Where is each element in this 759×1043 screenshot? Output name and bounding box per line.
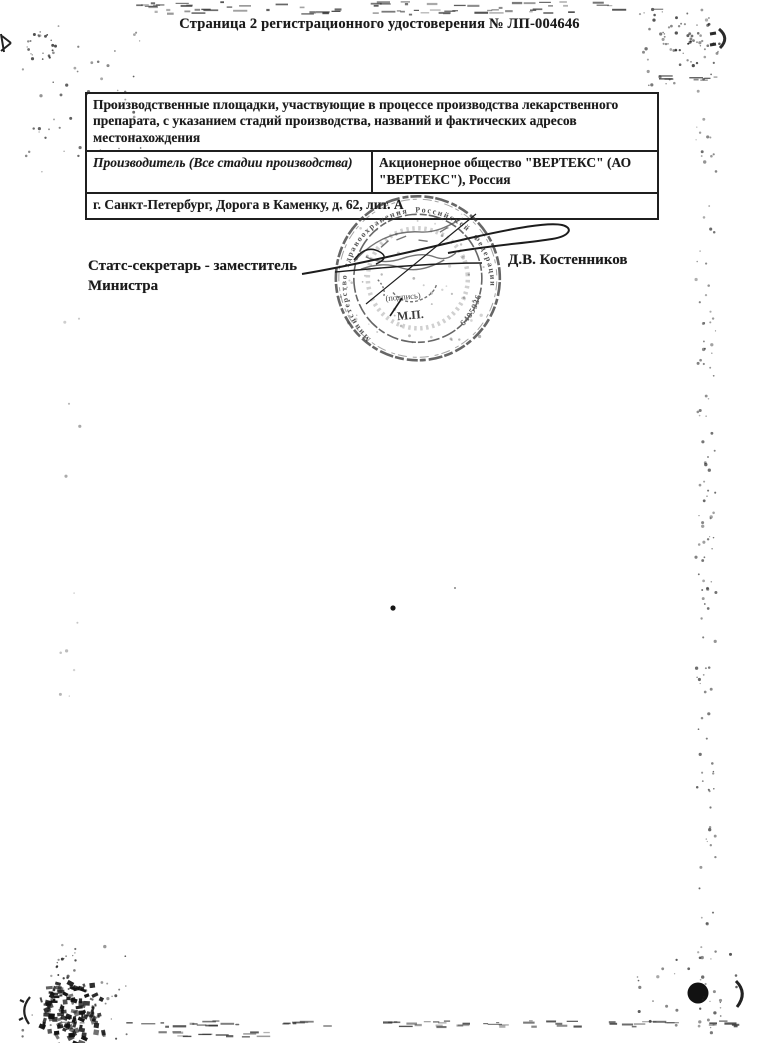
scan-speckle	[706, 922, 709, 925]
scan-speckle	[712, 772, 714, 774]
scan-speckle	[380, 3, 391, 4]
scan-speckle	[612, 9, 626, 11]
scan-speckle	[82, 983, 85, 987]
scan-speckle	[703, 160, 706, 163]
scan-speckle	[688, 43, 690, 45]
manufacturer-label-cell: Производитель (Все стадии производства)	[86, 151, 372, 193]
scan-speckle	[84, 993, 90, 998]
scan-speckle	[373, 12, 379, 14]
scan-speckle	[696, 126, 697, 127]
scan-speckle	[167, 13, 174, 15]
scan-speckle	[71, 1009, 77, 1014]
scan-speckle	[48, 128, 50, 130]
scan-speckle	[505, 10, 513, 12]
scan-speckle	[173, 1025, 187, 1027]
scan-speckle	[68, 988, 70, 990]
scan-speckle	[529, 11, 533, 12]
scan-speckle	[40, 997, 43, 1002]
scan-speckle	[73, 1016, 76, 1021]
scan-speckle	[63, 977, 65, 979]
scan-speckle	[294, 1022, 308, 1023]
scan-speckle	[436, 1026, 446, 1028]
scan-speckle	[701, 956, 704, 959]
scan-speckle	[71, 997, 76, 1001]
scan-speckle	[50, 40, 52, 42]
scan-speckle	[707, 841, 708, 842]
scan-speckle	[52, 986, 56, 992]
scan-speckle	[322, 12, 329, 14]
scan-speckle	[53, 996, 59, 999]
scan-speckle	[713, 62, 715, 64]
scan-speckle	[226, 1035, 233, 1037]
scan-speckle	[696, 677, 697, 678]
scan-speckle	[72, 955, 73, 956]
scan-speckle	[198, 1034, 211, 1035]
scan-speckle	[659, 75, 673, 77]
scan-speckle	[79, 1010, 86, 1016]
scan-speckle	[718, 43, 721, 46]
scan-speckle	[662, 11, 663, 12]
scan-speckle	[675, 959, 677, 961]
scan-speckle	[161, 1022, 165, 1024]
scan-speckle	[663, 43, 665, 45]
scan-speckle	[714, 856, 716, 858]
scan-speckle	[190, 1023, 195, 1025]
scan-speckle	[709, 1001, 710, 1002]
scan-speckle	[699, 484, 702, 487]
scan-speckle	[74, 948, 76, 950]
scan-speckle	[69, 117, 72, 120]
scan-speckle	[704, 691, 707, 694]
scan-speckle	[735, 986, 738, 989]
scan-speckle	[61, 1007, 65, 1012]
scan-speckle	[701, 589, 703, 591]
scan-speckle	[705, 395, 708, 398]
scan-speckle	[76, 622, 78, 624]
scan-speckle	[70, 998, 77, 1004]
scan-speckle	[433, 1021, 439, 1022]
scan-speckle	[648, 84, 650, 86]
scan-speckle	[691, 35, 694, 38]
scan-speckle	[62, 991, 68, 996]
scan-speckle	[81, 1035, 88, 1041]
scan-speckle	[401, 1, 410, 2]
scan-speckle	[702, 78, 705, 81]
scan-speckle	[700, 946, 702, 948]
scan-speckle	[701, 440, 704, 443]
scan-speckle	[667, 1022, 675, 1023]
scan-speckle	[63, 321, 66, 324]
scan-speckle	[78, 1017, 85, 1023]
scan-speckle	[382, 11, 396, 13]
scan-speckle	[652, 1000, 654, 1002]
scan-speckle	[71, 1020, 77, 1024]
scan-speckle	[689, 37, 692, 40]
scan-speckle	[71, 987, 77, 991]
scan-speckle	[293, 1022, 297, 1024]
scan-speckle	[371, 3, 382, 5]
scan-speckle	[439, 12, 451, 14]
scan-speckle	[26, 46, 27, 47]
scan-speckle	[406, 1023, 417, 1025]
scan-speckle	[45, 1000, 53, 1006]
scan-speckle	[567, 1021, 578, 1022]
scan-speckle	[66, 1021, 71, 1027]
scan-speckle	[707, 284, 710, 287]
scan-speckle	[151, 2, 155, 4]
scan-speckle	[43, 1006, 51, 1013]
scan-speckle	[101, 1030, 106, 1036]
signatory-title: Статс-секретарь - заместитель Министра	[88, 256, 323, 297]
scan-speckle	[57, 1024, 64, 1029]
scan-speckle	[463, 1023, 471, 1025]
scan-speckle	[704, 463, 707, 466]
scan-speckle	[54, 45, 57, 48]
scan-speckle	[492, 9, 499, 11]
scan-speckle	[59, 1005, 64, 1010]
scan-speckle	[405, 3, 408, 5]
scan-speckle	[700, 683, 701, 684]
scan-speckle	[50, 998, 55, 1000]
scan-speckle	[73, 1010, 80, 1017]
scan-speckle	[159, 1031, 167, 1033]
scan-speckle	[117, 90, 119, 92]
scan-speckle	[415, 1024, 422, 1026]
scan-speckle	[91, 992, 98, 998]
scan-speckle	[701, 975, 704, 978]
scan-speckle	[374, 5, 379, 7]
scan-speckle	[710, 515, 713, 518]
scan-speckle	[316, 11, 330, 13]
scan-speckle	[68, 1033, 74, 1038]
scan-speckle	[458, 1025, 470, 1027]
scan-speckle	[644, 47, 647, 50]
scan-speckle	[708, 789, 710, 791]
scan-speckle	[49, 56, 51, 58]
scan-speckle	[568, 11, 575, 13]
scan-speckle	[77, 155, 79, 157]
scan-speckle	[69, 1027, 75, 1033]
scan-speckle	[165, 1026, 169, 1028]
scan-speckle	[712, 42, 714, 44]
scan-speckle	[46, 1000, 53, 1003]
scan-speckle	[282, 1023, 289, 1024]
scan-speckle	[665, 1005, 668, 1008]
scan-speckle	[704, 603, 706, 605]
scan-speckle	[702, 322, 705, 325]
scan-speckle	[394, 1021, 397, 1023]
scan-speckle	[126, 1033, 128, 1035]
scan-speckle	[696, 41, 698, 43]
scan-speckle	[543, 12, 553, 13]
scan-speckle	[139, 40, 140, 41]
scan-speckle	[672, 49, 675, 52]
scan-speckle	[661, 967, 664, 970]
scan-speckle	[166, 9, 170, 11]
scan-speckle	[709, 806, 711, 808]
scan-speckle	[701, 559, 704, 562]
scan-speckle	[43, 1003, 49, 1006]
scan-speckle	[283, 1023, 290, 1025]
scan-speckle	[574, 1026, 582, 1028]
scan-speckle	[94, 1004, 96, 1007]
scan-speckle	[683, 53, 684, 54]
scan-speckle	[609, 1021, 616, 1023]
scan-speckle	[212, 1020, 219, 1022]
scan-speckle	[704, 48, 706, 50]
scan-speckle	[694, 556, 697, 559]
ink-dot-artifact	[454, 587, 456, 589]
scan-speckle	[111, 995, 113, 997]
scan-speckle	[706, 587, 709, 590]
scan-speckle	[650, 83, 653, 86]
scan-speckle	[105, 1003, 107, 1005]
scan-speckle	[54, 1031, 59, 1035]
scan-speckle	[714, 640, 717, 643]
page-header: Страница 2 регистрационного удостоверени…	[0, 16, 759, 33]
scan-speckle	[703, 674, 705, 676]
scan-speckle	[699, 250, 701, 252]
scan-speckle	[713, 375, 715, 377]
scan-speckle	[702, 541, 705, 544]
scan-speckle	[710, 74, 712, 76]
scan-speckle	[155, 11, 158, 13]
scan-speckle	[483, 1023, 488, 1024]
scan-speckle	[201, 9, 210, 10]
scan-speckle	[46, 1003, 52, 1007]
scan-speckle	[649, 1020, 652, 1023]
scan-speckle	[704, 56, 707, 59]
scan-speckle	[30, 40, 32, 42]
scan-speckle	[94, 1023, 100, 1029]
scan-speckle	[69, 1034, 76, 1038]
scan-speckle	[57, 1012, 64, 1016]
scan-speckle	[548, 5, 553, 6]
scan-speckle	[300, 7, 305, 9]
scan-speckle	[610, 1023, 618, 1025]
scan-speckle	[177, 1035, 188, 1036]
scan-speckle	[696, 62, 698, 64]
scan-speckle	[42, 58, 44, 60]
scan-speckle	[184, 11, 190, 13]
scan-speckle	[31, 1014, 33, 1016]
scan-speckle	[707, 1019, 710, 1022]
scan-speckle	[710, 1031, 713, 1034]
scan-speckle	[62, 1027, 67, 1031]
scan-speckle	[38, 127, 41, 130]
scan-speckle	[709, 137, 711, 139]
scan-speckle	[30, 53, 31, 54]
scan-speckle	[499, 1024, 509, 1025]
scan-speckle	[427, 3, 438, 5]
scan-speckle	[81, 1014, 83, 1018]
scan-speckle	[706, 495, 708, 497]
scan-speckle	[100, 77, 103, 80]
scan-speckle	[699, 131, 701, 133]
scan-speckle	[61, 958, 64, 961]
scan-speckle	[106, 64, 109, 67]
scan-speckle	[51, 44, 54, 47]
scan-speckle	[708, 469, 711, 472]
scan-speckle	[443, 13, 450, 14]
scan-speckle	[706, 44, 709, 47]
scan-speckle	[301, 13, 314, 15]
scan-speckle	[68, 994, 73, 998]
scan-speckle	[555, 1023, 562, 1025]
scan-speckle	[55, 986, 61, 990]
scan-speckle	[91, 1005, 94, 1008]
scan-speckle	[42, 53, 43, 54]
scan-speckle	[78, 1028, 85, 1033]
scan-speckle	[735, 974, 738, 977]
scan-speckle	[716, 52, 719, 55]
scan-speckle	[73, 592, 75, 594]
scan-speckle	[714, 591, 717, 594]
scan-speckle	[697, 90, 700, 93]
scan-speckle	[720, 1002, 721, 1003]
scan-speckle	[202, 1034, 212, 1035]
scan-speckle	[61, 944, 63, 946]
scan-speckle	[52, 81, 53, 82]
scan-speckle	[689, 77, 703, 78]
scan-speckle	[706, 588, 709, 591]
scan-speckle	[642, 1021, 656, 1022]
scan-speckle	[42, 1022, 46, 1026]
scan-speckle	[79, 146, 82, 149]
scan-speckle	[665, 78, 674, 80]
scan-speckle	[60, 1004, 62, 1006]
scan-speckle	[53, 999, 55, 1001]
scan-speckle	[276, 4, 288, 6]
scan-speckle	[79, 1025, 82, 1029]
scan-speckle	[699, 359, 702, 362]
scan-speckle	[72, 1021, 76, 1027]
scan-speckle	[637, 976, 639, 978]
scan-speckle	[454, 5, 466, 6]
scan-speckle	[73, 985, 80, 990]
scan-speckle	[47, 1029, 52, 1034]
scan-speckle	[220, 1, 224, 3]
scan-speckle	[59, 693, 62, 696]
scan-speckle	[70, 999, 74, 1005]
scan-speckle	[710, 517, 712, 519]
scan-speckle	[632, 1026, 637, 1028]
scan-speckle	[712, 912, 714, 914]
scan-speckle	[665, 43, 667, 45]
scan-speckle	[704, 461, 707, 464]
scan-speckle	[56, 966, 58, 968]
scan-speckle	[709, 228, 712, 231]
scan-speckle	[690, 40, 692, 42]
scan-speckle	[236, 1024, 239, 1026]
scan-speckle	[377, 1, 390, 3]
scan-speckle	[192, 1023, 197, 1024]
scan-speckle	[59, 651, 62, 654]
scan-speckle	[710, 688, 713, 691]
scan-speckle	[712, 512, 715, 515]
scan-speckle	[64, 475, 67, 478]
scan-speckle	[61, 1010, 67, 1014]
scan-speckle	[651, 8, 654, 11]
scan-speckle	[53, 118, 55, 120]
scan-speckle	[21, 1035, 23, 1037]
scan-speckle	[38, 131, 39, 132]
scan-speckle	[720, 1007, 722, 1009]
scan-speckle	[216, 1034, 229, 1036]
scan-speckle	[79, 1010, 85, 1014]
scan-speckle	[115, 1038, 117, 1040]
scan-speckle	[136, 4, 143, 6]
scan-speckle	[702, 780, 704, 782]
scan-speckle	[701, 521, 704, 524]
scan-speckle	[47, 1010, 49, 1012]
scan-speckle	[65, 1023, 71, 1028]
scan-speckle	[705, 263, 707, 265]
scan-speckle	[42, 1018, 46, 1024]
scan-speckle	[675, 1024, 678, 1027]
scan-speckle	[48, 1015, 53, 1022]
scan-speckle	[430, 9, 441, 10]
scan-speckle	[546, 1021, 556, 1023]
scan-speckle	[52, 1017, 57, 1022]
scan-speckle	[694, 278, 697, 281]
scan-speckle	[713, 153, 715, 155]
scan-speckle	[698, 678, 701, 681]
scan-speckle	[701, 917, 703, 919]
scan-speckle	[709, 536, 710, 537]
scan-speckle	[65, 1013, 72, 1020]
scan-speckle	[57, 1017, 62, 1021]
scan-speckle	[57, 974, 59, 976]
scan-speckle	[714, 76, 718, 77]
scan-speckle	[80, 1022, 85, 1024]
table-header-cell: Производственные площадки, участвующие в…	[86, 93, 658, 151]
edge-mark-top-left	[1, 34, 11, 52]
scan-speckle	[709, 790, 711, 792]
scan-speckle	[58, 1023, 61, 1028]
scan-speckle	[654, 9, 663, 10]
scan-speckle	[563, 5, 568, 7]
scan-speckle	[243, 1033, 256, 1035]
scan-speckle	[46, 986, 53, 990]
scan-speckle	[32, 127, 34, 129]
scan-speckle	[197, 1024, 207, 1026]
scan-speckle	[77, 46, 79, 48]
scan-speckle	[706, 738, 708, 740]
scan-speckle	[444, 11, 455, 12]
scan-speckle	[701, 150, 704, 153]
scan-speckle	[192, 12, 206, 14]
scan-speckle	[529, 1020, 533, 1021]
scan-speckle	[73, 669, 75, 671]
scan-speckle	[706, 838, 707, 839]
scan-speckle	[546, 1020, 556, 1021]
scan-speckle	[78, 986, 85, 992]
scan-speckle	[467, 5, 479, 7]
scan-speckle	[710, 844, 712, 846]
scan-speckle	[665, 1022, 679, 1023]
scan-speckle	[332, 11, 341, 12]
scan-speckle	[701, 9, 704, 12]
scan-speckle	[704, 556, 706, 558]
scan-speckle	[38, 1023, 45, 1030]
scan-speckle	[69, 985, 75, 989]
scan-speckle	[60, 1009, 64, 1013]
bracket-artifact-bottom-right	[736, 981, 742, 1007]
scan-speckle	[44, 35, 47, 38]
scan-speckle	[438, 1022, 446, 1023]
scan-speckle	[68, 1016, 72, 1019]
